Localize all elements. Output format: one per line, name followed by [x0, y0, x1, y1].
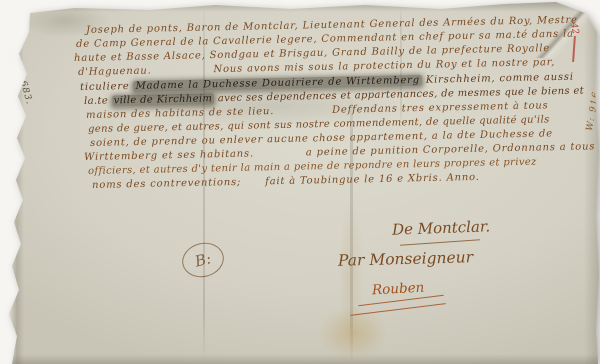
- line-gap: [241, 184, 265, 185]
- line-text: noms des contreventions;: [92, 177, 241, 191]
- paper-right-edge-shadow: [584, 0, 600, 364]
- line-text: d'Haguenau.: [78, 65, 152, 78]
- paper-torn-left-edge: [8, 0, 24, 364]
- line-gap: [254, 155, 306, 156]
- stain: [338, 200, 364, 350]
- line-gap: [152, 72, 214, 73]
- line-text: Kirschheim, comme aussi: [422, 72, 574, 86]
- paraph-letter: B:: [193, 249, 213, 270]
- signature-de-montclar: De Montclar.: [392, 217, 491, 238]
- signature-underline: [400, 239, 480, 246]
- margin-date-note: 16. xbr 1683.: [3, 30, 34, 106]
- red-margin-stroke: [572, 36, 576, 62]
- line-text: fait à Toubingue le 16 e Xbris. Anno.: [265, 172, 480, 187]
- signature-secretary: Rouben: [372, 280, 425, 299]
- line-text: la.te: [84, 95, 112, 107]
- line-text: Deffendans tres expressement à tous: [332, 100, 549, 116]
- paper-shadow-wrap: 16. xbr 1683. 42 W: 916. Joseph de ponts…: [0, 0, 600, 364]
- paper-bottom-edge-shadow: [0, 354, 600, 364]
- line-text: a peine de punition Corporelle, Ordonnan…: [306, 141, 596, 158]
- archival-side-mark: W: 916.: [585, 86, 600, 132]
- line-text: maison des habitans de ste lieu.: [86, 106, 274, 121]
- paraph-mark: B:: [179, 238, 228, 281]
- line-text: ticuliere: [80, 81, 134, 93]
- document-scan: 16. xbr 1683. 42 W: 916. Joseph de ponts…: [0, 0, 600, 364]
- line-text: Wirttemberg et ses habitans.: [84, 148, 254, 163]
- highlighted-phrase: ville de Kirchheim: [112, 93, 215, 106]
- paper-top-edge-shadow: [0, 0, 600, 12]
- line-gap: [274, 113, 332, 114]
- manuscript-page: 16. xbr 1683. 42 W: 916. Joseph de ponts…: [0, 0, 600, 364]
- signature-par-monseigneur: Par Monseigneur: [338, 248, 473, 270]
